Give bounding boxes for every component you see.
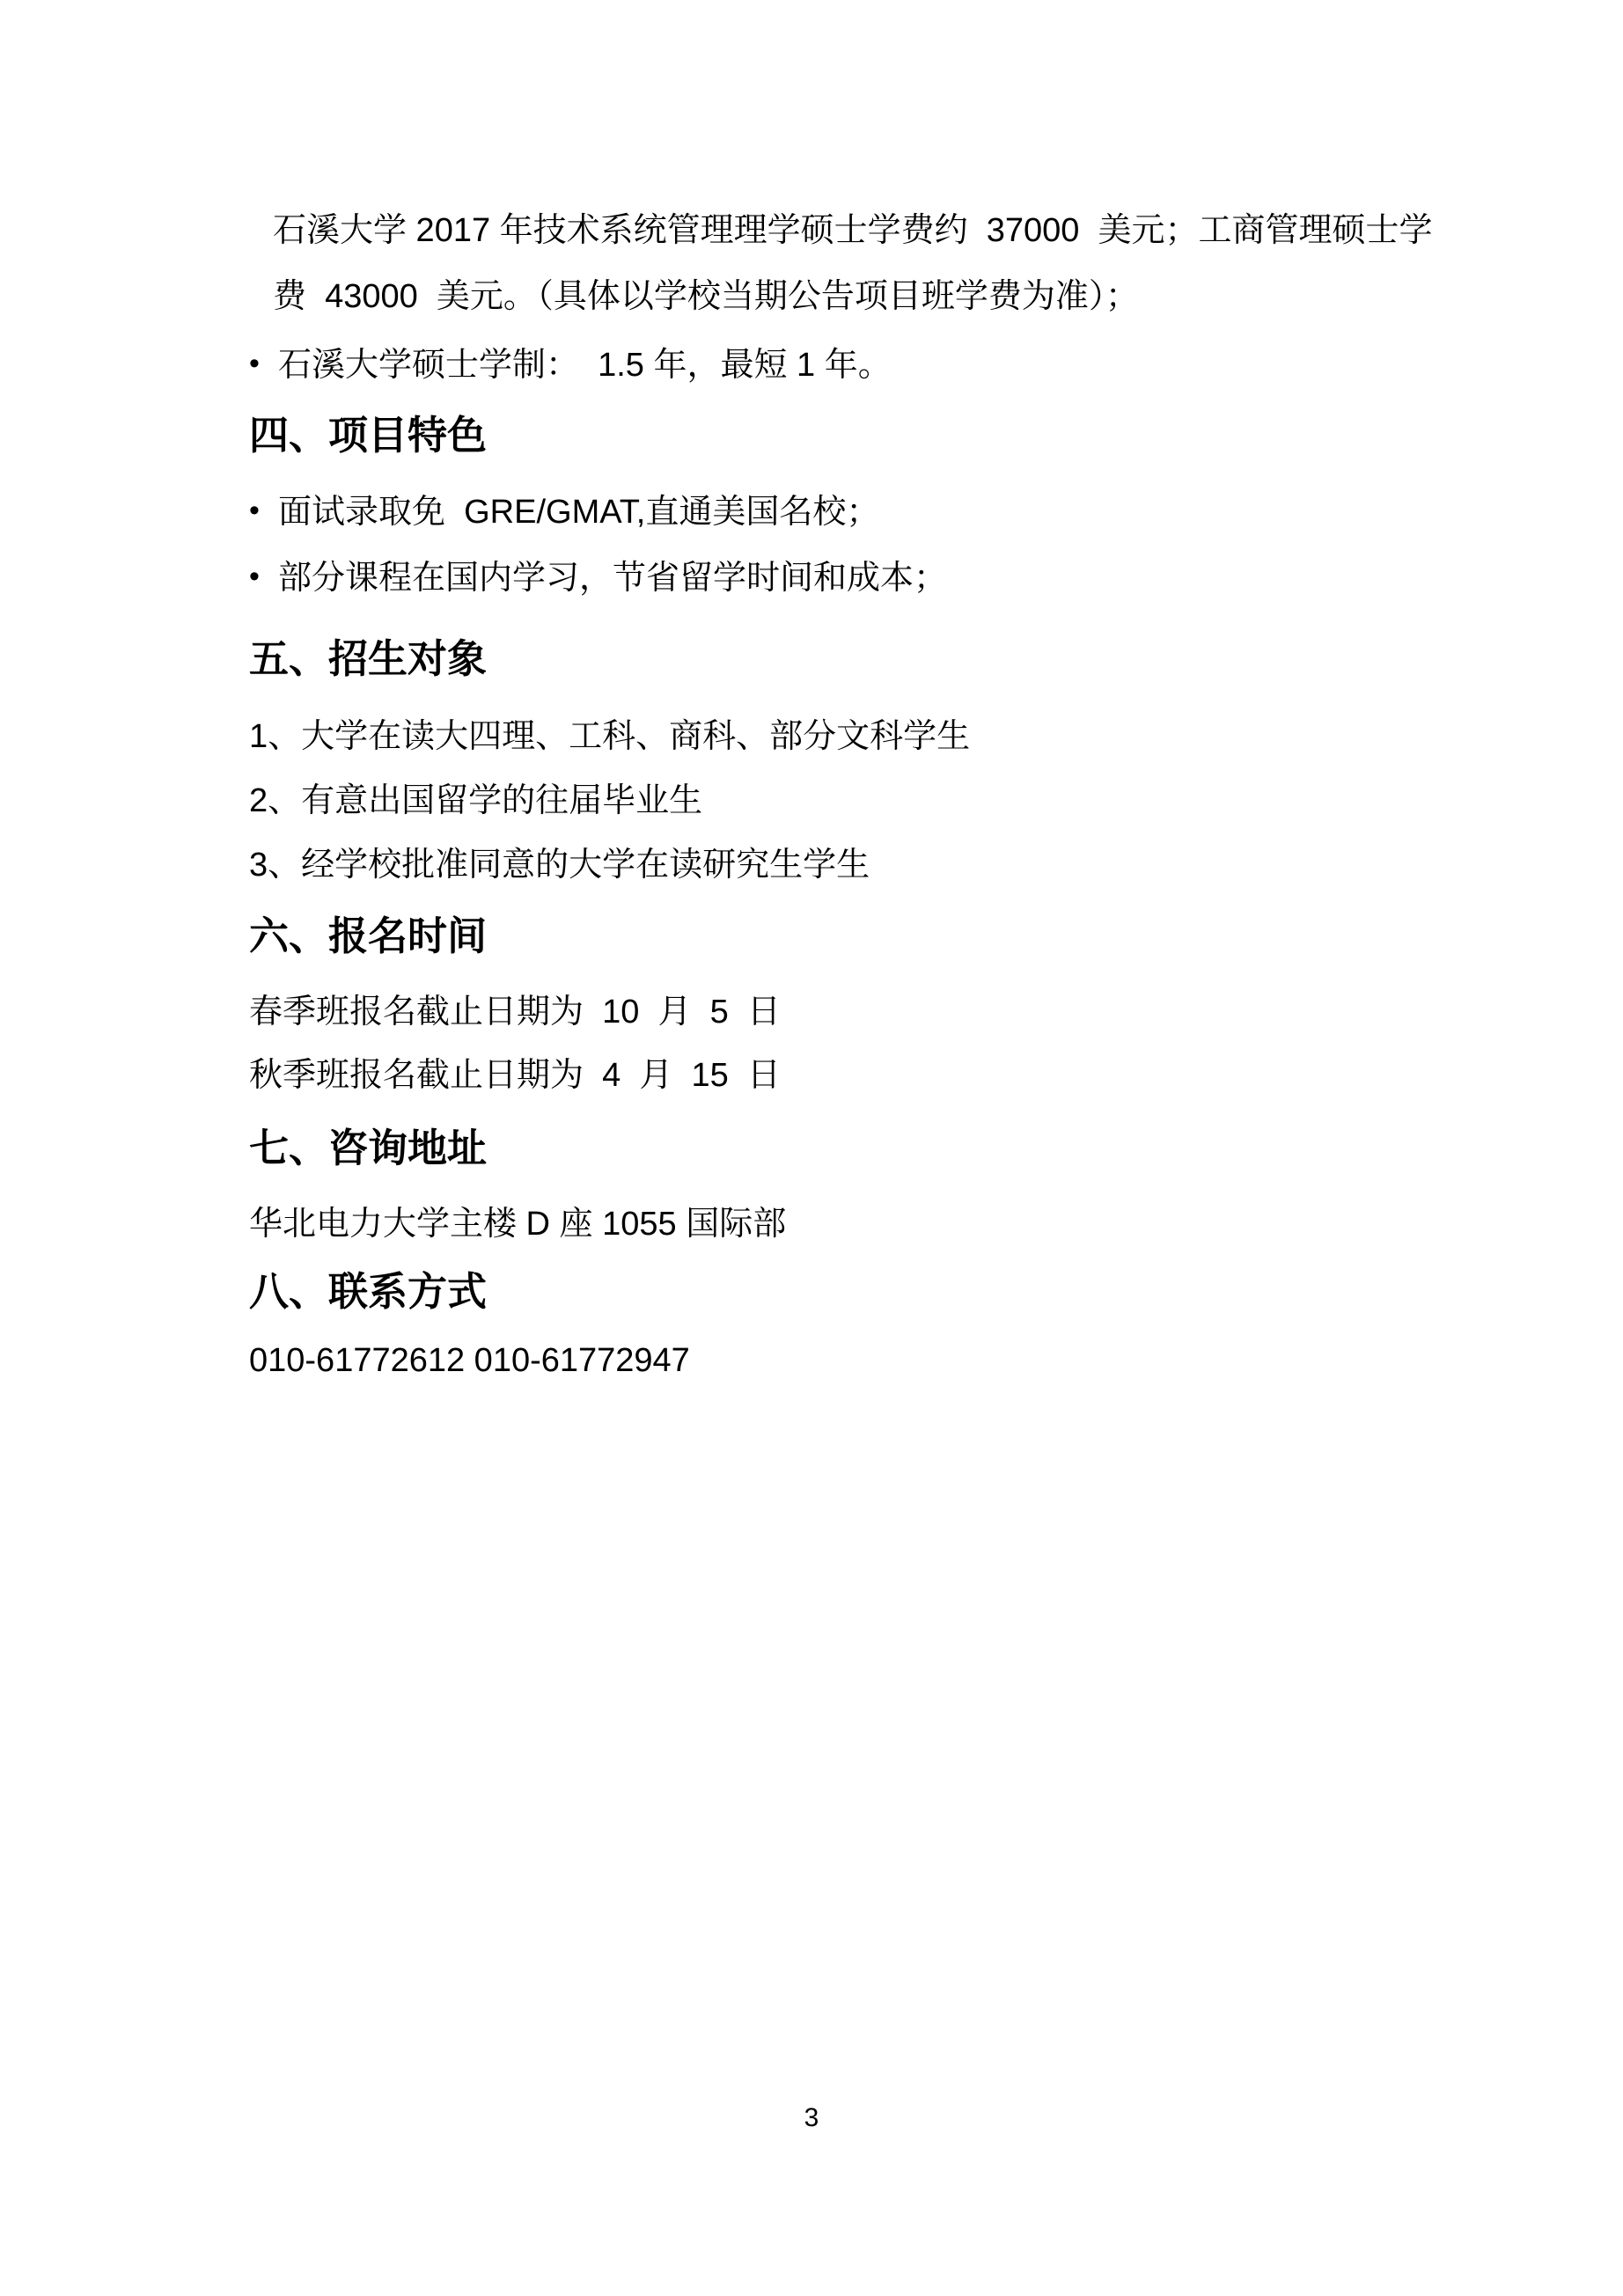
address-text: 华北电力大学主楼 D 座 1055 国际部 — [249, 1206, 786, 1244]
section-title-registration-time: 六、报名时间 — [249, 914, 487, 958]
numbered-item-2: 2、有意出国留学的往届毕业生 — [249, 782, 702, 821]
spring-deadline-text: 春季班报名截止日期为 10 月 5 日 — [249, 994, 781, 1032]
phone-numbers-text: 010-61772612 010-61772947 — [249, 1342, 690, 1381]
bullet-item-text: 石溪大学硕士学制： 1.5 年，最短 1 年。 — [278, 347, 892, 384]
bullet-item: •面试录取免 GRE/GMAT,直通美国名校； — [249, 494, 879, 532]
section-title-project-features: 四、项目特色 — [249, 414, 487, 458]
numbered-item-3: 3、经学校批准同意的大学在读研究生学生 — [249, 847, 870, 885]
bullet-item: •部分课程在国内学习，节省留学时间和成本； — [249, 560, 947, 598]
section-title-consultation-address: 七、咨询地址 — [249, 1126, 487, 1170]
section-title-contact-info: 八、联系方式 — [249, 1270, 487, 1314]
bullet-icon: • — [249, 347, 278, 381]
section-title-admission-targets: 五、招生对象 — [249, 637, 487, 681]
autumn-deadline-text: 秋季班报名截止日期为 4 月 15 日 — [249, 1057, 781, 1096]
intro-paragraph-line-1: 石溪大学 2017 年技术系统管理理学硕士学费约 37000 美元；工商管理硕士… — [273, 212, 1433, 251]
intro-paragraph-line-2: 费 43000 美元。（具体以学校当期公告项目班学费为准）； — [273, 278, 1139, 317]
bullet-item-text: 面试录取免 GRE/GMAT,直通美国名校； — [278, 494, 879, 531]
page-number: 3 — [0, 2103, 1623, 2133]
bullet-item-text: 部分课程在国内学习，节省留学时间和成本； — [278, 560, 947, 597]
bullet-icon: • — [249, 494, 278, 528]
bullet-icon: • — [249, 560, 278, 594]
document-page: 石溪大学 2017 年技术系统管理理学硕士学费约 37000 美元；工商管理硕士… — [0, 0, 1623, 2296]
bullet-item: •石溪大学硕士学制： 1.5 年，最短 1 年。 — [249, 347, 892, 385]
numbered-item-1: 1、大学在读大四理、工科、商科、部分文科学生 — [249, 718, 970, 757]
